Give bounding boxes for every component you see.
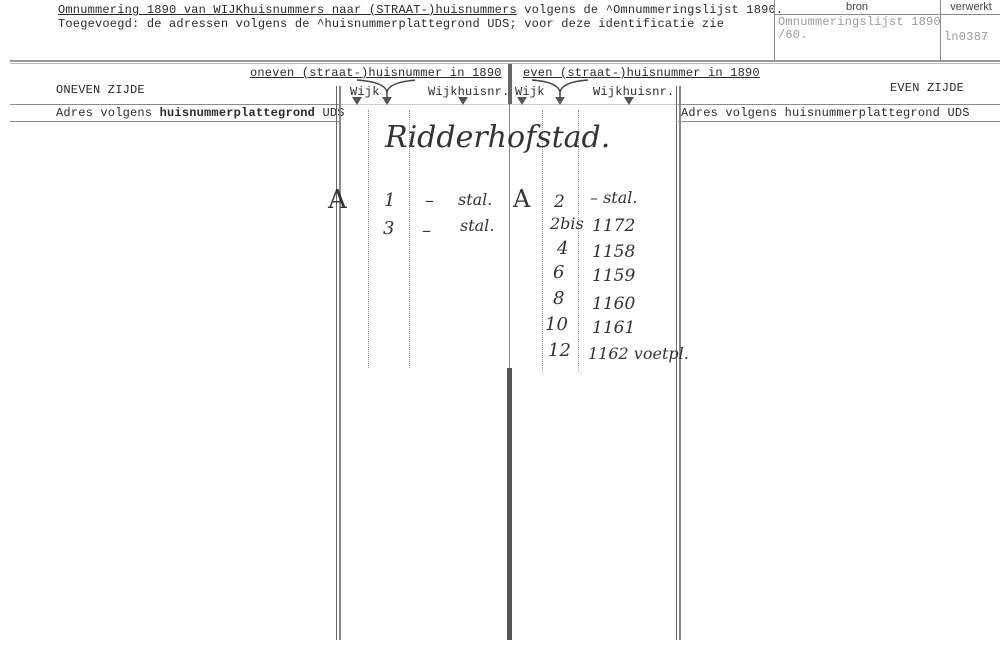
bron-value-line-1: Omnummeringslijst 1890 bbox=[778, 15, 941, 29]
odd-side-label: ONEVEN ZIJDE bbox=[56, 83, 145, 97]
header-title-suffix: volgens de ^Omnummeringslijst 1890. bbox=[517, 3, 783, 17]
even-address-rule bbox=[678, 121, 1000, 122]
header-line-2: Toegevoegd: de adressen volgens de ^huis… bbox=[58, 17, 724, 31]
odd-address-rule bbox=[10, 121, 340, 122]
even-column-right-border-2 bbox=[679, 86, 681, 640]
header-title: Omnummering 1890 van WIJKhuisnummers naa… bbox=[58, 3, 517, 17]
verwerkt-value: ln0387 bbox=[944, 30, 988, 44]
even-number-arrow-icon bbox=[555, 97, 565, 105]
odd-header-rule bbox=[10, 104, 340, 105]
even-wijkhuisnr-arrow-icon bbox=[624, 97, 634, 105]
even-wijk-letter: A bbox=[513, 185, 530, 213]
even-side-label: EVEN ZIJDE bbox=[890, 81, 964, 95]
source-box-divider bbox=[940, 0, 941, 60]
even-wijk-arrow-icon bbox=[517, 97, 527, 105]
slip-rule bbox=[368, 110, 369, 368]
verwerkt-label: verwerkt bbox=[942, 1, 1000, 13]
odd-wijkhuisnr-arrow-icon bbox=[458, 97, 468, 105]
header-line-1: Omnummering 1890 van WIJKhuisnummers naa… bbox=[58, 3, 783, 17]
odd-wijkhuisnr-label: Wijkhuisnr. bbox=[428, 85, 509, 99]
header-bottom-rule bbox=[10, 60, 1000, 62]
street-name: Ridderhofstad. bbox=[385, 120, 610, 155]
center-divider-bottom bbox=[507, 368, 512, 640]
bron-label: bron bbox=[774, 1, 940, 13]
margin-wijk-letter: A bbox=[328, 185, 347, 215]
odd-wijk-arrow-icon bbox=[352, 97, 362, 105]
even-address-label: Adres volgens huisnummerplattegrond UDS bbox=[681, 106, 970, 120]
odd-column-left-border bbox=[336, 86, 337, 640]
odd-address-label: Adres volgens huisnummerplattegrond UDS bbox=[56, 106, 345, 120]
even-column-right-border bbox=[676, 86, 677, 640]
center-divider-top bbox=[508, 64, 512, 104]
even-header-rule bbox=[678, 104, 1000, 105]
header-bottom-rule-2 bbox=[10, 63, 1000, 64]
odd-column-left-border-2 bbox=[339, 86, 341, 640]
odd-number-arrow-icon bbox=[382, 97, 392, 105]
bron-value-line-2: /60. bbox=[778, 28, 808, 42]
